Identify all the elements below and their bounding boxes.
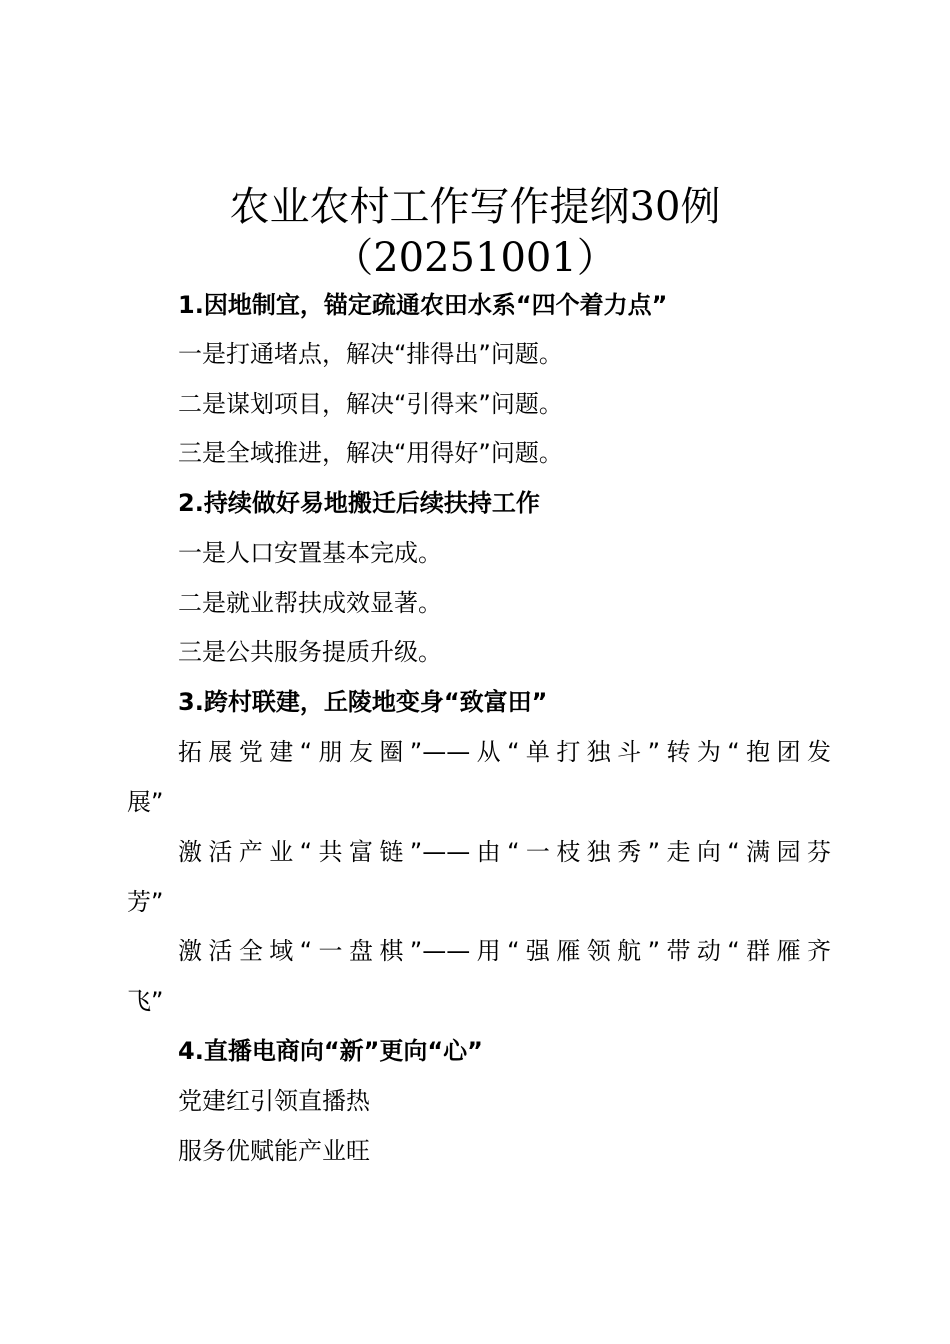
section-3-item-2-cont: 芳”	[127, 887, 163, 917]
section-2-item-2: 二是就业帮扶成效显著。	[178, 588, 442, 618]
section-2-item-1: 一是人口安置基本完成。	[178, 538, 442, 568]
section-heading-3: 3.跨村联建，丘陵地变身“致富田”	[178, 687, 547, 717]
section-3-item-2: 激活产业“共富链”——由“一枝独秀”走向“满园芬	[178, 837, 831, 867]
section-3-item-3-cont: 飞”	[127, 986, 163, 1016]
section-1-item-1: 一是打通堵点，解决“排得出”问题。	[178, 339, 563, 369]
section-3-item-1: 拓展党建“朋友圈”——从“单打独斗”转为“抱团发	[178, 737, 831, 767]
document-date: （20251001）	[0, 234, 950, 282]
section-3-item-3: 激活全域“一盘棋”——用“强雁领航”带动“群雁齐	[178, 936, 831, 966]
document-title: 农业农村工作写作提纲30例	[0, 183, 950, 231]
section-4-item-2: 服务优赋能产业旺	[178, 1136, 370, 1166]
section-4-item-1: 党建红引领直播热	[178, 1086, 370, 1116]
section-1-item-2: 二是谋划项目，解决“引得来”问题。	[178, 389, 563, 419]
section-heading-2: 2.持续做好易地搬迁后续扶持工作	[178, 488, 540, 518]
section-heading-4: 4.直播电商向“新”更向“心”	[178, 1036, 483, 1066]
section-heading-1: 1.因地制宜，锚定疏通农田水系“四个着力点”	[178, 290, 667, 320]
document-page: 农业农村工作写作提纲30例 （20251001） 1.因地制宜，锚定疏通农田水系…	[0, 0, 950, 1344]
section-1-item-3: 三是全域推进，解决“用得好”问题。	[178, 438, 563, 468]
section-2-item-3: 三是公共服务提质升级。	[178, 637, 442, 667]
section-3-item-1-cont: 展”	[127, 787, 163, 817]
